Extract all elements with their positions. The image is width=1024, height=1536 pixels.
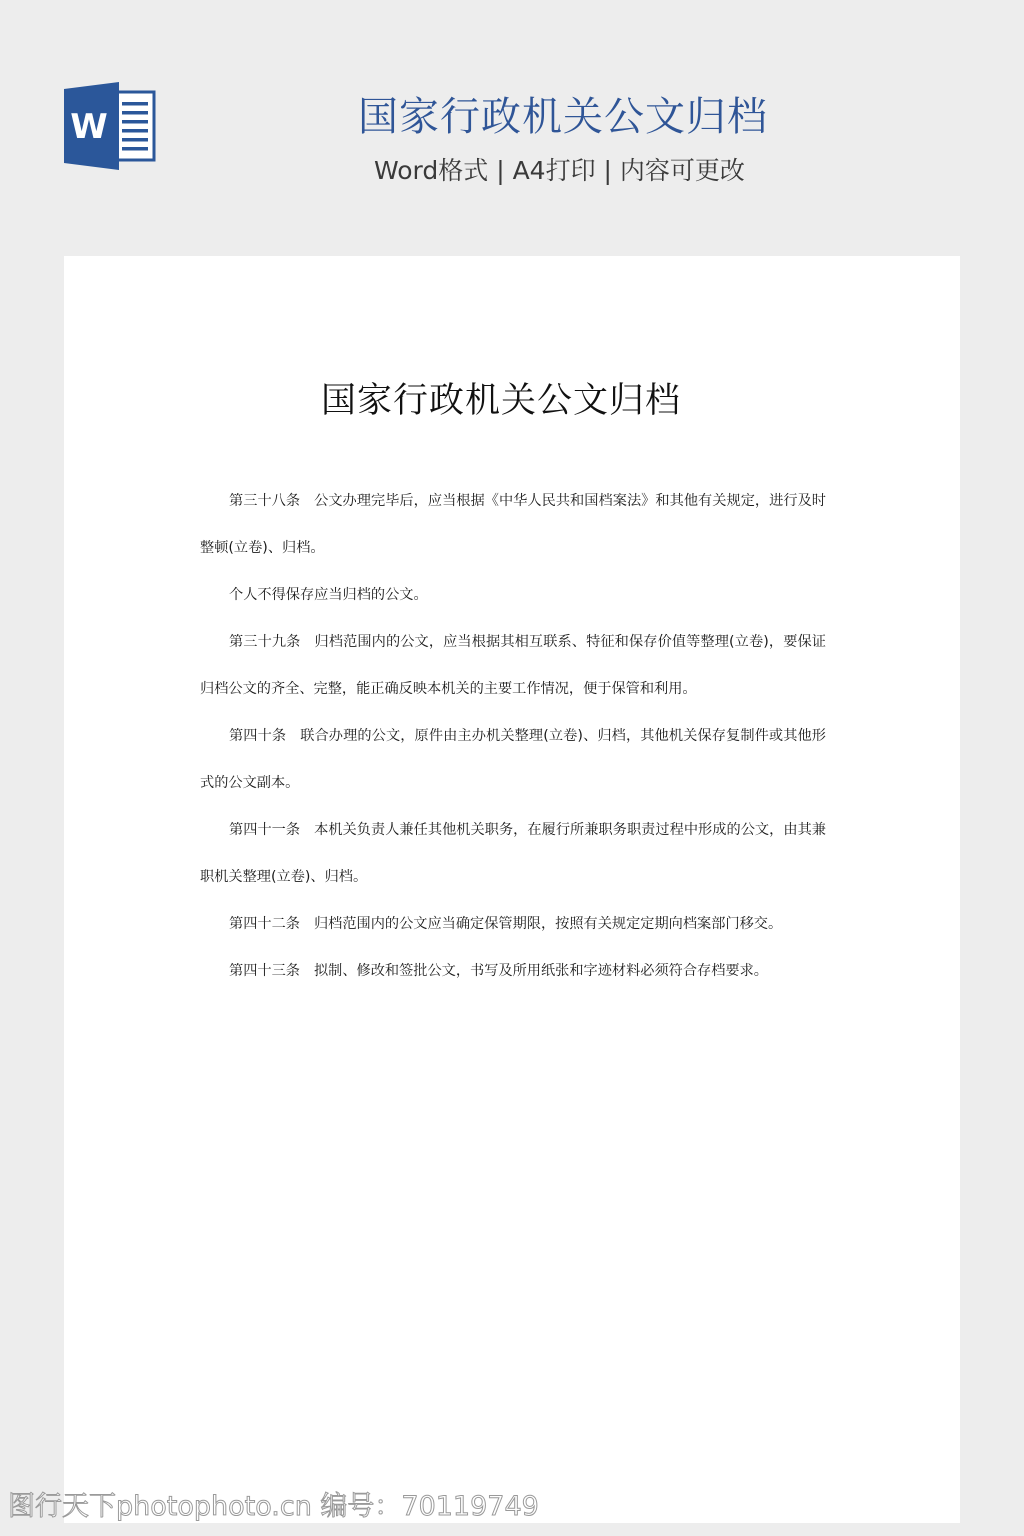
- word-document-icon: W: [64, 82, 156, 170]
- article-number: 第四十一条: [229, 822, 300, 838]
- paragraph-article-42: 第四十二条归档范围内的公文应当确定保管期限，按照有关规定定期向档案部门移交。: [200, 901, 826, 948]
- paragraph-note: 个人不得保存应当归档的公文。: [200, 572, 826, 619]
- paragraph-text: 个人不得保存应当归档的公文。: [229, 587, 428, 603]
- header-subtitle: Word格式 | A4打印 | 内容可更改: [374, 154, 745, 188]
- header-banner: W 国家行政机关公文归档 Word格式 | A4打印 | 内容可更改: [0, 0, 1024, 256]
- svg-text:W: W: [70, 107, 108, 147]
- paragraph-article-43: 第四十三条拟制、修改和签批公文，书写及所用纸张和字迹材料必须符合存档要求。: [200, 948, 826, 995]
- paragraph-article-39: 第三十九条归档范围内的公文，应当根据其相互联系、特征和保存价值等整理(立卷)，要…: [200, 619, 826, 713]
- paragraph-text: 归档范围内的公文应当确定保管期限，按照有关规定定期向档案部门移交。: [314, 916, 782, 932]
- document-body: 第三十八条公文办理完毕后，应当根据《中华人民共和国档案法》和其他有关规定，进行及…: [200, 478, 826, 995]
- article-number: 第四十三条: [229, 963, 300, 979]
- document-page: 国家行政机关公文归档 第三十八条公文办理完毕后，应当根据《中华人民共和国档案法》…: [64, 256, 960, 1523]
- paragraph-article-38: 第三十八条公文办理完毕后，应当根据《中华人民共和国档案法》和其他有关规定，进行及…: [200, 478, 826, 572]
- article-number: 第三十八条: [229, 493, 300, 509]
- article-number: 第三十九条: [229, 634, 300, 650]
- paragraph-text: 联合办理的公文，原件由主办机关整理(立卷)、归档，其他机关保存复制件或其他形式的…: [200, 728, 826, 791]
- article-number: 第四十二条: [229, 916, 300, 932]
- header-title: 国家行政机关公文归档: [358, 92, 768, 142]
- paragraph-text: 拟制、修改和签批公文，书写及所用纸张和字迹材料必须符合存档要求。: [314, 963, 768, 979]
- watermark-text: 图行天下photophoto.cn 编号：70119749: [8, 1490, 539, 1524]
- document-title: 国家行政机关公文归档: [64, 376, 960, 426]
- article-number: 第四十条: [229, 728, 286, 744]
- paragraph-article-41: 第四十一条本机关负责人兼任其他机关职务，在履行所兼职务职责过程中形成的公文，由其…: [200, 807, 826, 901]
- paragraph-article-40: 第四十条联合办理的公文，原件由主办机关整理(立卷)、归档，其他机关保存复制件或其…: [200, 713, 826, 807]
